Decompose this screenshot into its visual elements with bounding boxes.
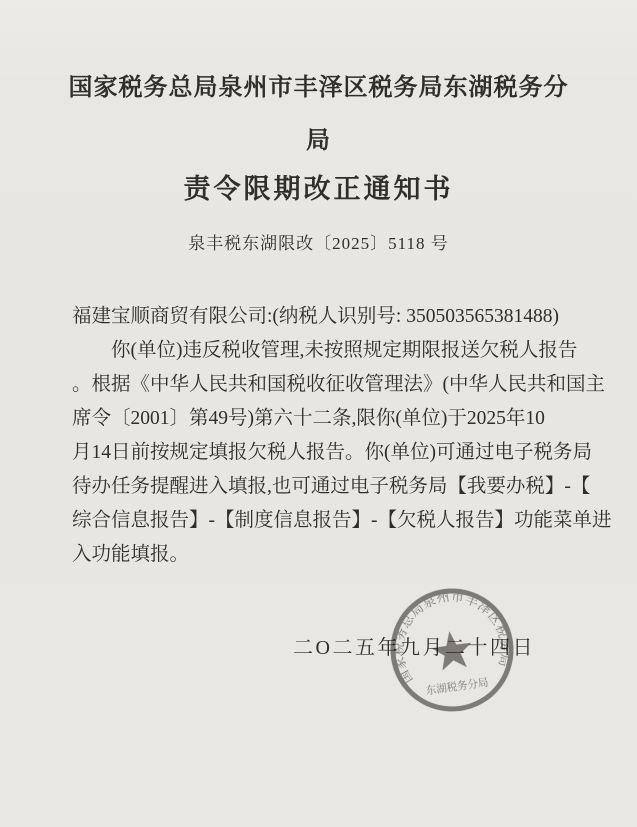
- body-line: 席令〔2001〕第49号)第六十二条,限你(单位)于2025年10: [72, 402, 582, 436]
- body-line: 你(单位)违反税收管理,未按照规定期限报送欠税人报告: [72, 334, 582, 368]
- body-line: 入功能填报。: [72, 538, 582, 572]
- body-line: 综合信息报告】-【制度信息报告】-【欠税人报告】功能菜单进: [72, 504, 582, 538]
- document-body: 福建宝顺商贸有限公司:(纳税人识别号: 350503565381488) 你(单…: [72, 300, 582, 572]
- body-line: 。根据《中华人民共和国税收征收管理法》(中华人民共和国主: [72, 368, 582, 402]
- body-line-recipient: 福建宝顺商贸有限公司:(纳税人识别号: 350503565381488): [72, 300, 582, 334]
- authority-line2: 局: [50, 115, 587, 168]
- issuing-authority: 国家税务总局泉州市丰泽区税务局东湖税务分 局: [50, 62, 587, 168]
- star-icon: [430, 628, 475, 671]
- body-line: 待办任务提醒进入填报,也可通过电子税务局【我要办税】-【: [72, 470, 582, 504]
- authority-line1: 国家税务总局泉州市丰泽区税务局东湖税务分: [50, 62, 587, 115]
- official-seal: 国家税务总局泉州市丰泽区税务局 东湖税务分局: [380, 578, 525, 723]
- document-title: 责令限期改正通知书: [0, 172, 637, 206]
- document-page: 国家税务总局泉州市丰泽区税务局东湖税务分 局 责令限期改正通知书 泉丰税东湖限改…: [0, 0, 637, 827]
- document-number: 泉丰税东湖限改〔2025〕5118 号: [0, 232, 637, 256]
- body-line: 月14日前按规定填报欠税人报告。你(单位)可通过电子税务局: [72, 436, 582, 470]
- seal-bottom-text: 东湖税务分局: [425, 675, 489, 697]
